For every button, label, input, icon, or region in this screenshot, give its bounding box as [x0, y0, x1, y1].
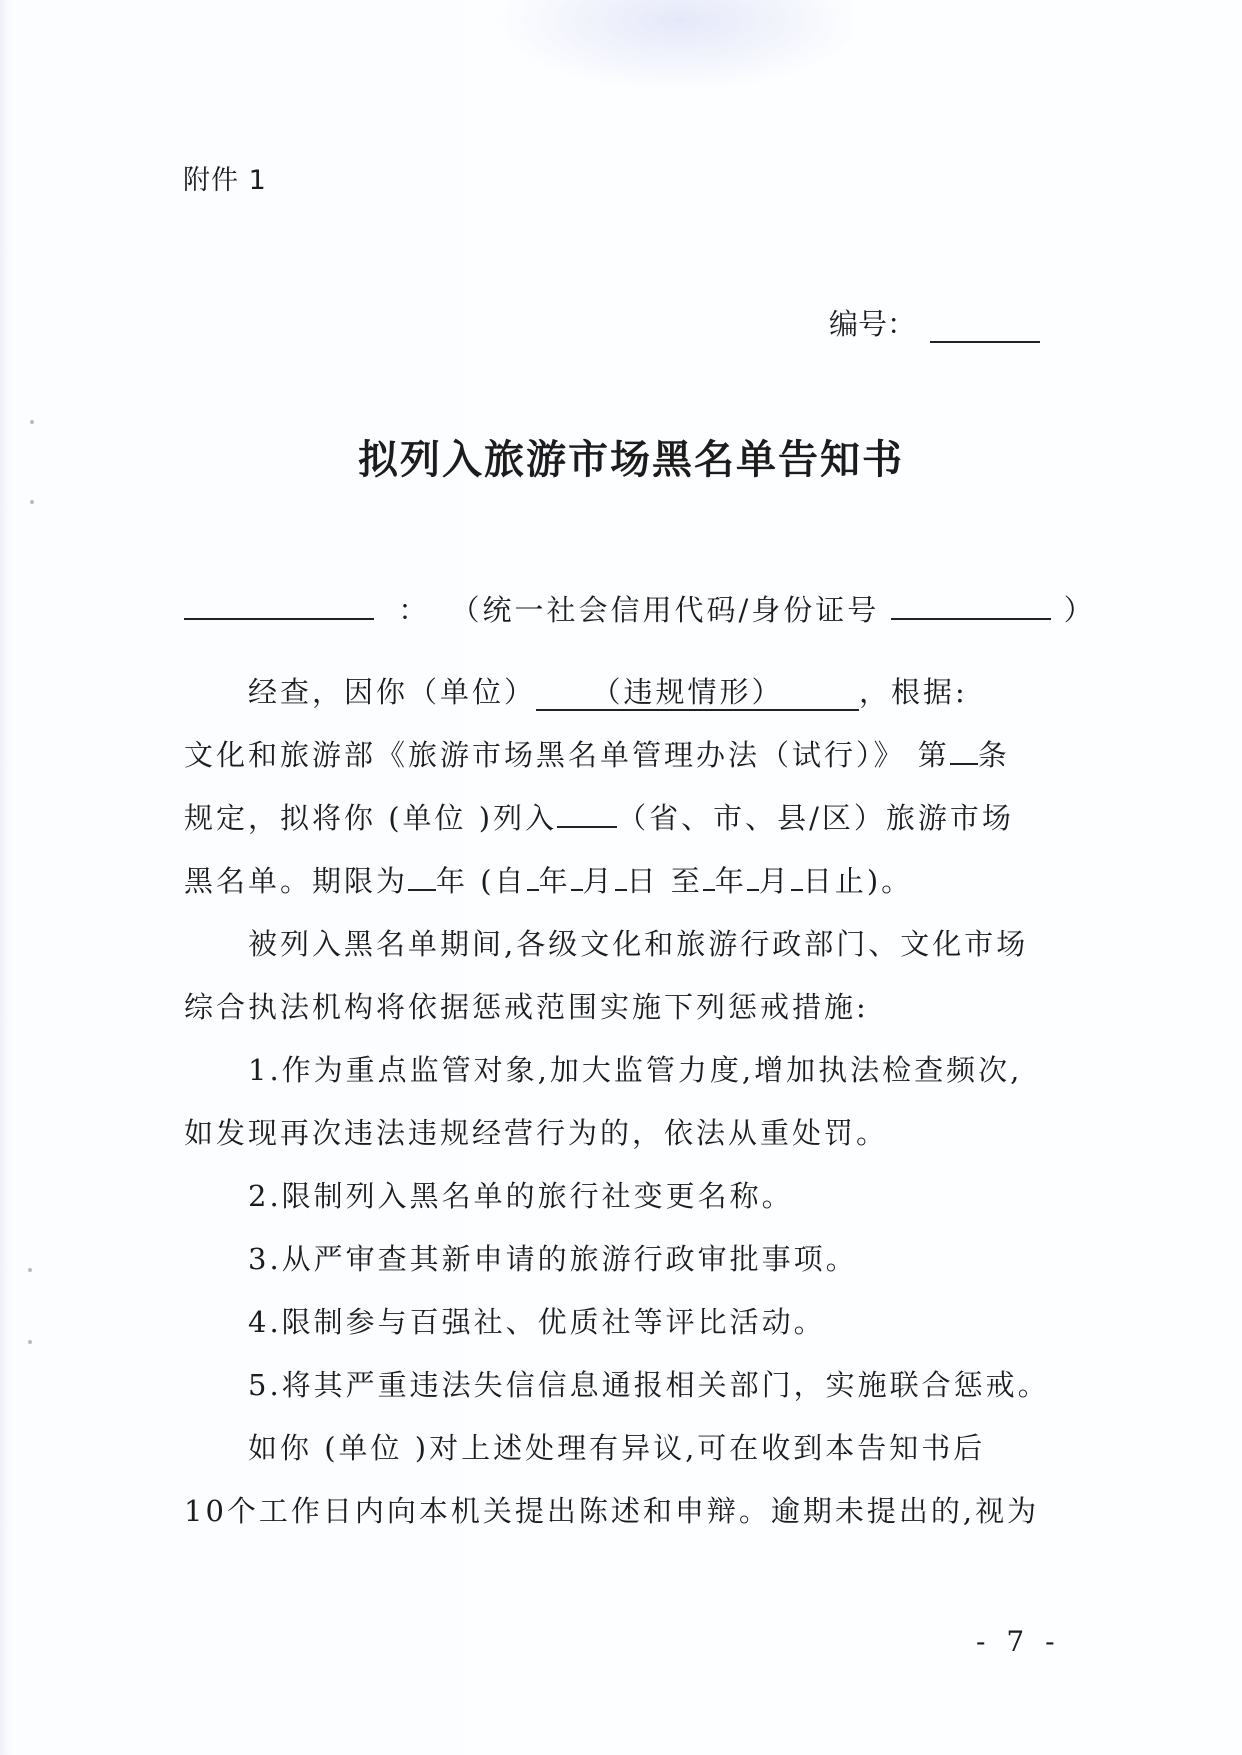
region-blank	[557, 796, 617, 828]
paragraph2-line2: 综合执法机构将依据惩戒范围实施下列惩戒措施:	[184, 985, 1044, 1026]
measure-4: 4.限制参与百强社、优质社等评比活动。	[248, 1300, 1108, 1341]
paragraph-text: 黑名单。期限为	[184, 864, 408, 898]
paragraph2-line1: 被列入黑名单期间,各级文化和旅游行政部门、文化市场	[248, 922, 1108, 963]
document-title: 拟列入旅游市场黑名单告知书	[0, 428, 1242, 485]
measure-2: 2.限制列入黑名单的旅行社变更名称。	[248, 1174, 1108, 1215]
page-number: - 7 -	[976, 1625, 1061, 1658]
addressee-line: ： （统一社会信用代码/身份证号 ）	[184, 588, 1044, 629]
paragraph-text: 经查，因你（单位）	[248, 675, 536, 709]
paragraph-text: 日 至	[627, 864, 703, 898]
paragraph-text: 规定，拟将你 (单位 )列入	[184, 801, 557, 835]
measure-5: 5.将其严重违法失信信息通报相关部门，实施联合惩戒。	[248, 1363, 1108, 1404]
start-year-blank	[527, 859, 539, 891]
addressee-id-prefix: （统一社会信用代码/身份证号	[450, 593, 879, 627]
paragraph-text: 日止)。	[803, 864, 913, 898]
annex-label: 附件 1	[183, 158, 267, 197]
addressee-name-blank	[184, 588, 374, 620]
paragraph-text: ，根据:	[859, 675, 968, 709]
paragraph1-line4: 黑名单。期限为年 (自年月日 至年月日止)。	[184, 859, 1044, 900]
addressee-id-suffix: ）	[1064, 593, 1096, 627]
measure-1-line2: 如发现再次违法违规经营行为的，依法从重处罚。	[184, 1111, 1044, 1152]
end-year-blank	[703, 859, 715, 891]
paragraph1-line3: 规定，拟将你 (单位 )列入（省、市、县/区）旅游市场	[184, 796, 1044, 837]
scan-artifact-dot	[30, 420, 34, 424]
paragraph3-line1: 如你 (单位 )对上述处理有异议,可在收到本告知书后	[248, 1426, 1108, 1467]
paragraph-text: 文化和旅游部《旅游市场黑名单管理办法（试行）》 第	[184, 738, 950, 772]
measure-1-line1: 1.作为重点监管对象,加大监管力度,增加执法检查频次,	[248, 1048, 1108, 1089]
paragraph-text: 年	[715, 864, 747, 898]
scan-artifact-dot	[28, 1340, 32, 1344]
paragraph-text: 月	[583, 864, 615, 898]
scan-artifact-dot	[28, 1268, 32, 1272]
term-years-blank	[408, 859, 436, 891]
start-month-blank	[571, 859, 583, 891]
serial-blank	[930, 313, 1040, 343]
article-blank	[950, 733, 978, 765]
paragraph-text: （省、市、县/区）旅游市场	[617, 801, 1014, 835]
end-day-blank	[791, 859, 803, 891]
scan-artifact-dot	[30, 500, 34, 504]
paragraph1-line1: 经查，因你（单位）（违规情形），根据:	[248, 670, 1048, 711]
addressee-separator: ：	[398, 593, 430, 627]
serial-label: 编号：	[829, 302, 916, 343]
paragraph-text: 年	[539, 864, 571, 898]
violation-blank: （违规情形）	[536, 675, 859, 711]
end-month-blank	[747, 859, 759, 891]
start-day-blank	[615, 859, 627, 891]
addressee-id-blank	[891, 588, 1051, 620]
paragraph1-line2: 文化和旅游部《旅游市场黑名单管理办法（试行）》 第条	[184, 733, 1044, 774]
paragraph-text: 条	[978, 738, 1010, 772]
measure-3: 3.从严审查其新申请的旅游行政审批事项。	[248, 1237, 1108, 1278]
paragraph-text: 月	[759, 864, 791, 898]
paragraph3-line2: 10个工作日内向本机关提出陈述和申辩。逾期未提出的,视为	[184, 1489, 1044, 1530]
paragraph-text: 年 (自	[436, 864, 527, 898]
serial-number: 编号：	[829, 302, 1040, 343]
document-page: 附件 1 编号： 拟列入旅游市场黑名单告知书 ： （统一社会信用代码/身份证号 …	[0, 0, 1242, 1755]
